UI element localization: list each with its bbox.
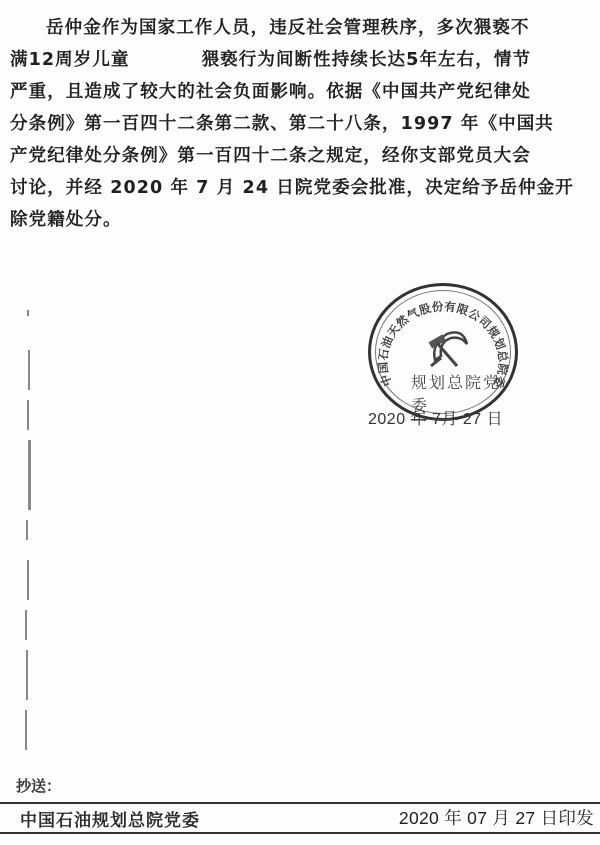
footer-print-date: 2020 年 07 月 27 日印发 [399, 805, 594, 830]
body-line-2b: 猥亵行为间断性持续长达5年左右，情节 [202, 50, 531, 70]
hammer-sickle-icon [421, 326, 473, 374]
footer-issuer: 中国石油规划总院党委 [20, 806, 200, 831]
footer-bottom-rule [0, 832, 600, 834]
signed-month-unit: 月 [441, 411, 458, 428]
body-line-1: 岳仲金作为国家工作人员，违反社会管理秩序，多次猥亵不 [10, 12, 595, 44]
footer-top-rule [0, 802, 600, 804]
body-line-2a: 满12周岁儿童 [10, 50, 130, 70]
signed-day: 27 [463, 411, 482, 428]
cc-label: 抄送： [16, 775, 61, 796]
signed-year-unit: 年 [411, 411, 428, 428]
official-seal: 中国石油天然气股份有限公司规划总院委员会 规划总院党委 [368, 283, 518, 421]
signed-day-unit: 日 [487, 411, 504, 428]
body-line-5: 产党纪律处分条例》第一百四十二条之规定，经你支部党员大会 [10, 140, 595, 172]
signed-year: 2020 [368, 411, 406, 428]
scan-margin-marks [22, 290, 36, 760]
signed-month: 7 [432, 411, 441, 428]
body-line-3: 严重，且造成了较大的社会负面影响。依据《中国共产党纪律处 [10, 76, 595, 108]
body-line-4: 分条例》第一百四十二条第二款、第二十八条，1997 年《中国共 [10, 108, 595, 140]
body-line-2: 满12周岁儿童猥亵行为间断性持续长达5年左右，情节 [10, 44, 595, 76]
body-line-6: 讨论，并经 2020 年 7 月 24 日院党委会批准，决定给予岳仲金开 [10, 172, 595, 204]
body-line-7: 除党籍处分。 [10, 204, 595, 236]
document-page: 岳仲金作为国家工作人员，违反社会管理秩序，多次猥亵不 满12周岁儿童猥亵行为间断… [0, 0, 600, 845]
decision-body-text: 岳仲金作为国家工作人员，违反社会管理秩序，多次猥亵不 满12周岁儿童猥亵行为间断… [10, 12, 595, 236]
signed-date: 2020 年 7月 27 日 [368, 406, 503, 429]
